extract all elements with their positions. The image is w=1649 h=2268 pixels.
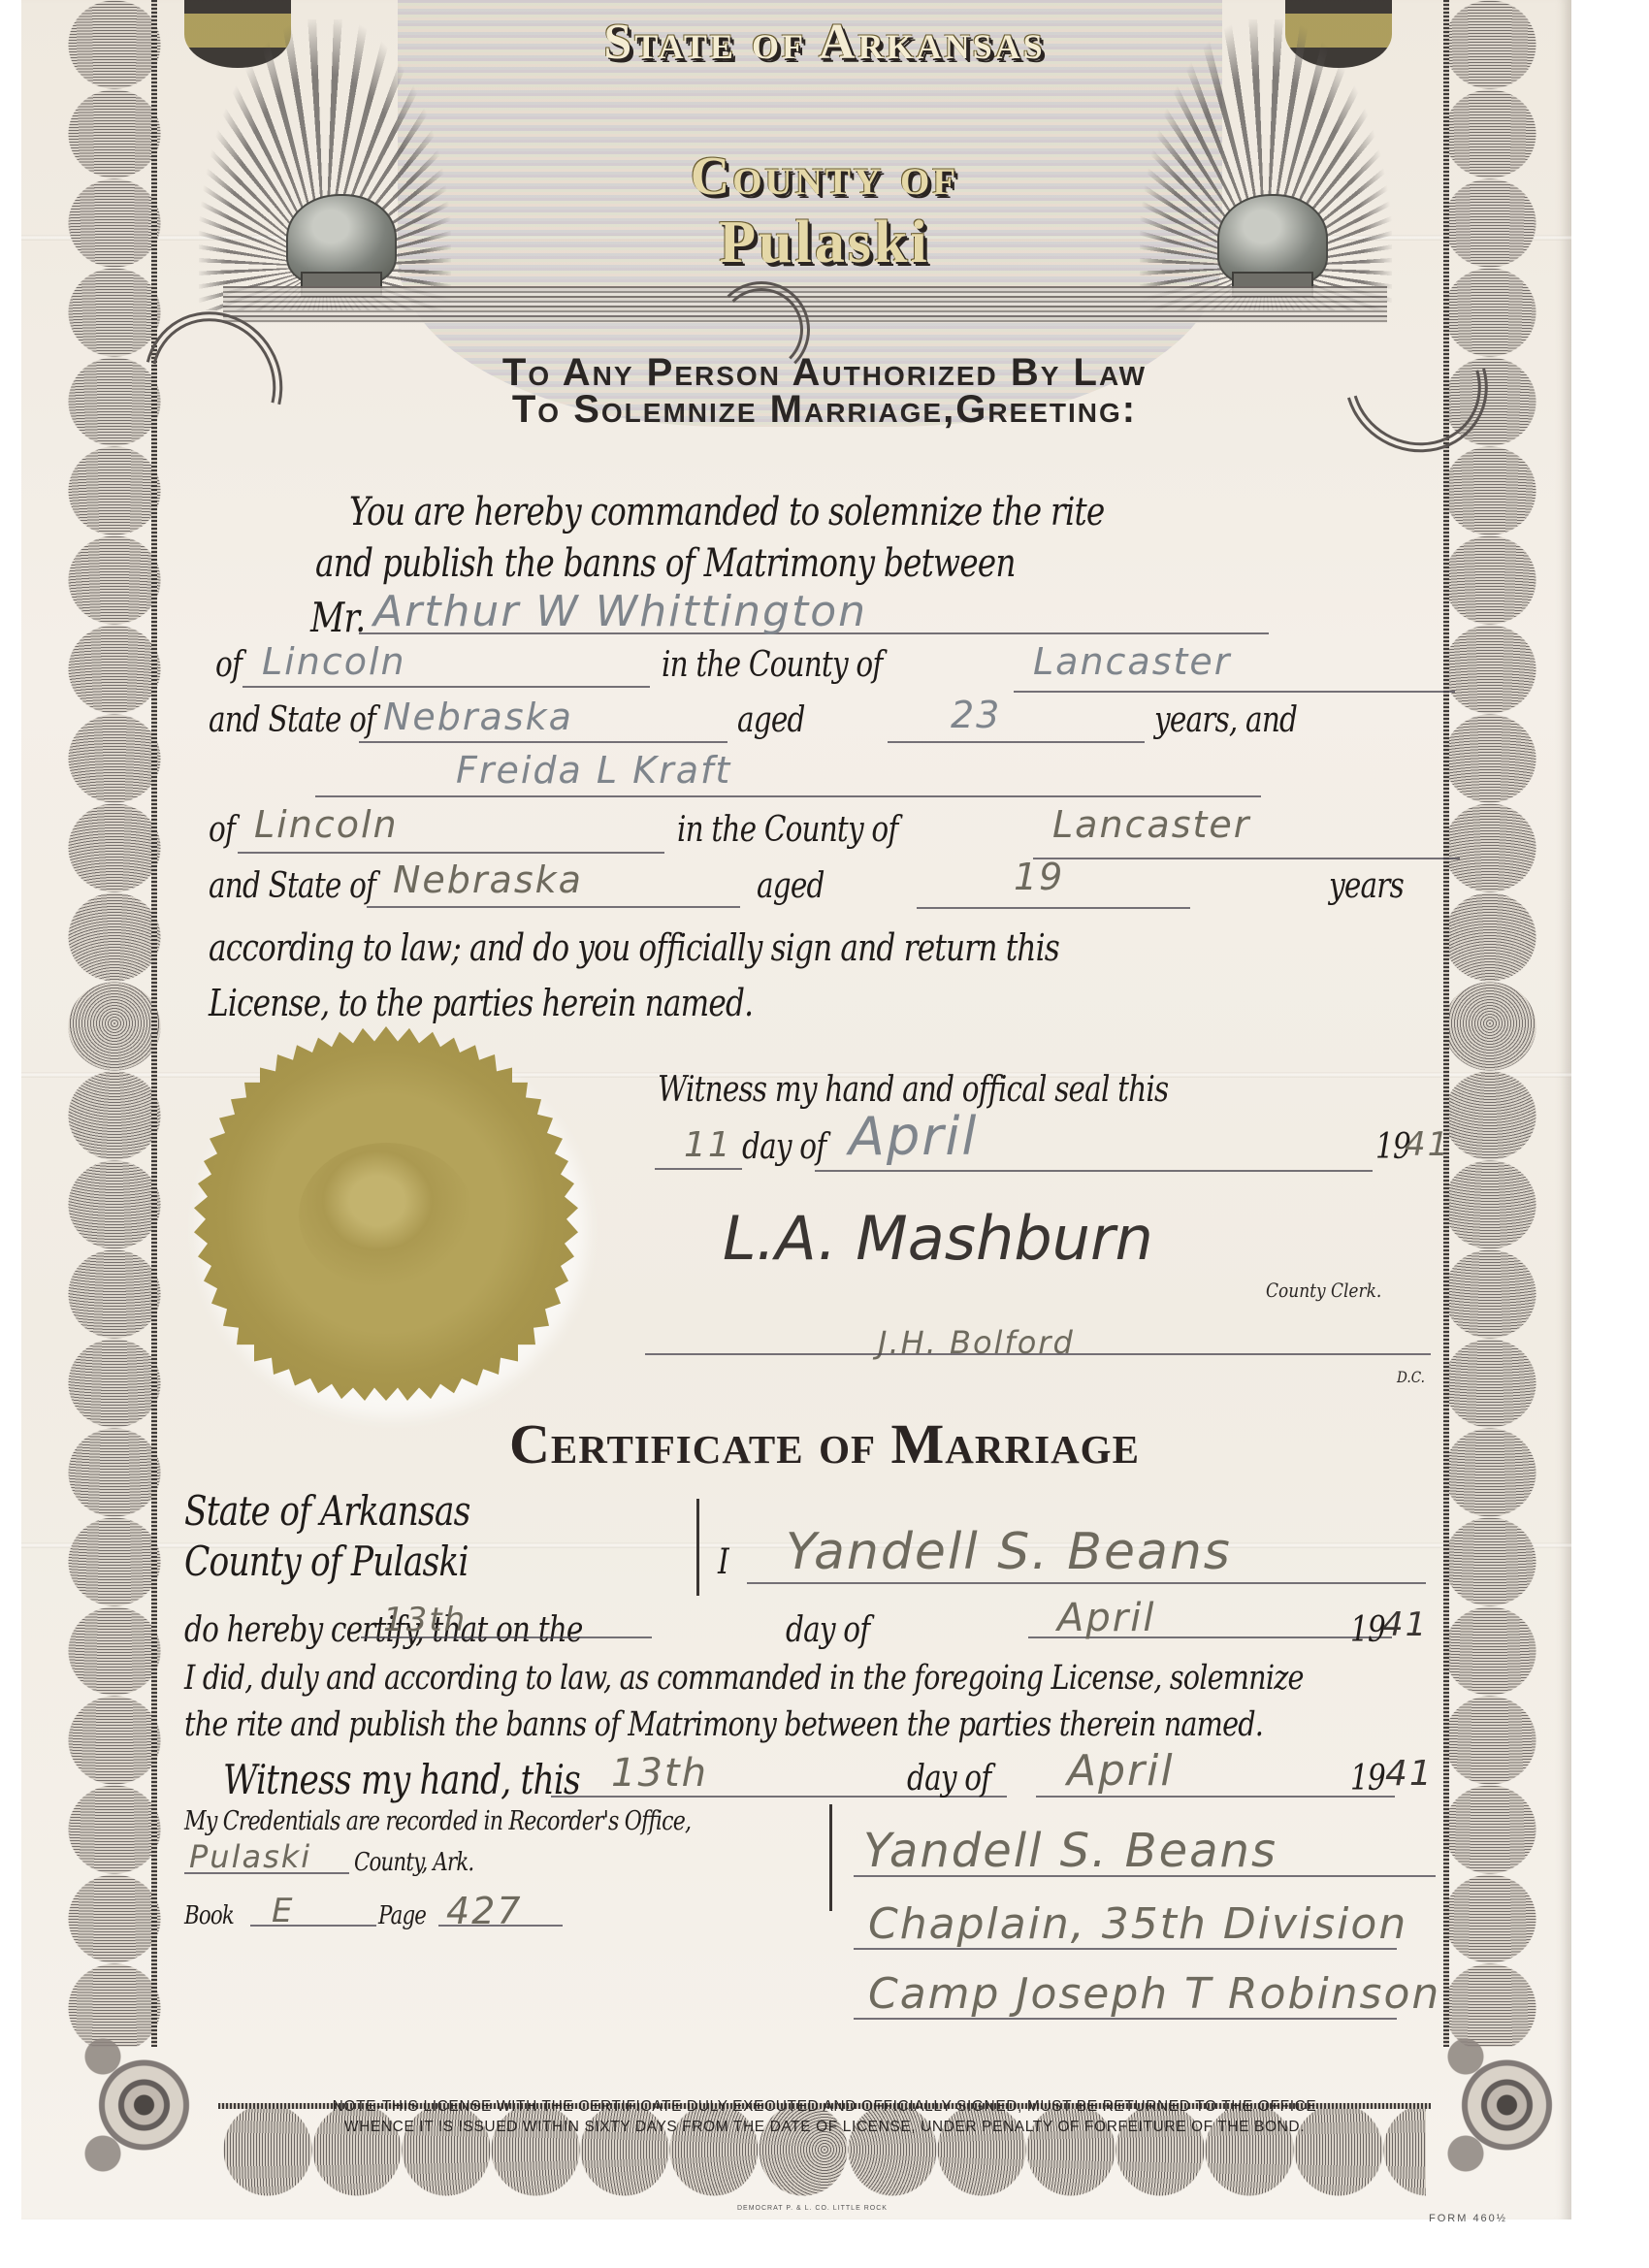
groom-of-label: of xyxy=(215,645,242,685)
bride-county-line xyxy=(1033,858,1460,859)
closing-line-2: License, to the parties herein named. xyxy=(209,982,753,1024)
groom-aged-label: aged xyxy=(737,700,805,740)
printer-imprint: DEMOCRAT P. & L. CO. LITTLE ROCK xyxy=(737,2205,888,2212)
certificate-title: Certificate of Marriage xyxy=(0,1411,1649,1476)
marriage-day-of-label: day of xyxy=(786,1610,869,1650)
bride-age: 19 xyxy=(1014,856,1064,898)
groom-prefix: Mr. xyxy=(310,594,365,641)
left-border-rule xyxy=(151,0,157,2047)
left-guilloche-border xyxy=(68,0,161,2047)
closing-line-1: according to law; and do you officially … xyxy=(209,926,1059,969)
right-border-rule xyxy=(1443,0,1449,2047)
license-year-suffix: 41 xyxy=(1405,1125,1450,1164)
officiant-i-label: I xyxy=(718,1542,728,1582)
officiant-title: Chaplain, 35th Division xyxy=(868,1899,1407,1949)
officiant-signature: Yandell S. Beans xyxy=(863,1824,1277,1878)
form-number: FORM 460½ xyxy=(1429,2213,1507,2224)
book-label: Book xyxy=(184,1901,234,1930)
bride-years-label: years xyxy=(1329,866,1404,906)
groom-name: Arthur W Whittington xyxy=(373,587,867,636)
greeting-line-2: To Solemnize Marriage,Greeting: xyxy=(0,391,1649,428)
greeting-line-1: To Any Person Authorized By Law xyxy=(0,354,1649,391)
bride-county: Lancaster xyxy=(1052,803,1250,846)
gold-county-seal-icon xyxy=(192,1026,580,1401)
credentials-county: Pulaski xyxy=(189,1838,311,1875)
groom-years-label: years, and xyxy=(1154,700,1297,740)
county-name-title: Pulaski xyxy=(0,209,1649,277)
book-value: E xyxy=(272,1892,294,1930)
groom-age: 23 xyxy=(951,694,1001,736)
deputy-clerk-label: D.C. xyxy=(1397,1368,1425,1386)
marriage-day: 13th xyxy=(383,1601,467,1639)
groom-state-label: and State of xyxy=(209,700,375,740)
groom-county-label: in the County of xyxy=(662,645,882,685)
county-clerk-signature: L.A. Mashburn xyxy=(723,1203,1153,1274)
venue-state: State of Arkansas xyxy=(184,1487,469,1535)
bride-state-line xyxy=(367,906,740,908)
marriage-month: April xyxy=(1057,1596,1155,1640)
county-title: County of xyxy=(0,146,1649,208)
venue-brace xyxy=(696,1499,717,1596)
bottom-left-corner-ornament xyxy=(53,1998,218,2192)
officiant-name-line xyxy=(747,1582,1426,1584)
return-notice-line-2: WHENCE IT IS ISSUED WITHIN SIXTY DAYS FR… xyxy=(262,2117,1387,2137)
return-notice-line-1: NOTE-THIS LICENSE WITH THE CERTIFICATE D… xyxy=(262,2096,1387,2117)
certificate-body-line-1: I did, duly and according to law, as com… xyxy=(184,1659,1304,1698)
venue-county: County of Pulaski xyxy=(184,1538,469,1585)
state-title: State of Arkansas xyxy=(0,14,1649,71)
page-value: 427 xyxy=(446,1890,523,1932)
bride-city-line xyxy=(238,852,664,854)
officiant-name: Yandell S. Beans xyxy=(786,1523,1232,1581)
groom-county: Lancaster xyxy=(1033,640,1231,683)
marriage-year-prefix: 19 xyxy=(1350,1610,1385,1650)
certificate-body-line-2: the rite and publish the banns of Matrim… xyxy=(184,1705,1263,1744)
bride-state-label: and State of xyxy=(209,866,375,906)
license-month-line xyxy=(815,1170,1373,1172)
credentials-brace xyxy=(829,1804,850,1911)
groom-age-line xyxy=(888,741,1145,743)
seal-emboss xyxy=(299,1143,473,1288)
groom-county-line xyxy=(1014,691,1455,693)
groom-state-line xyxy=(359,741,727,743)
bride-of-label: of xyxy=(209,810,235,850)
bottom-right-corner-ornament xyxy=(1416,1998,1581,2192)
witness-seal-line: Witness my hand and offical seal this xyxy=(658,1070,1168,1110)
witness-year-suffix: 41 xyxy=(1385,1754,1434,1794)
bride-name-line xyxy=(315,795,1261,797)
groom-city-line xyxy=(242,686,650,688)
witness-year-prefix: 19 xyxy=(1350,1759,1385,1798)
page-label: Page xyxy=(378,1901,426,1930)
bride-age-line xyxy=(917,907,1190,909)
county-clerk-label: County Clerk. xyxy=(1266,1279,1381,1302)
groom-state: Nebraska xyxy=(383,696,573,738)
license-day: 11 xyxy=(684,1125,732,1165)
bride-aged-label: aged xyxy=(757,866,824,906)
preamble-line-1: You are hereby commanded to solemnize th… xyxy=(349,490,1104,535)
license-day-line xyxy=(655,1168,742,1170)
license-day-of-label: day of xyxy=(742,1127,825,1167)
bride-state: Nebraska xyxy=(393,859,583,901)
witness-day-of-label: day of xyxy=(907,1759,990,1798)
witness-day: 13th xyxy=(611,1751,708,1796)
bride-county-label: in the County of xyxy=(677,810,897,850)
bride-name: Freida L Kraft xyxy=(456,749,731,792)
bride-city: Lincoln xyxy=(254,803,399,846)
county-ark-label: County, Ark. xyxy=(354,1848,473,1877)
deputy-clerk-line xyxy=(645,1353,1431,1355)
right-guilloche-border xyxy=(1443,0,1536,2047)
witness-month-line xyxy=(1036,1796,1395,1798)
license-month: April xyxy=(849,1106,978,1167)
groom-city: Lincoln xyxy=(262,640,406,683)
preamble-line-2: and publish the banns of Matrimony betwe… xyxy=(315,541,1016,586)
marriage-year-suffix: 41 xyxy=(1382,1605,1428,1644)
deputy-clerk-signature: J.H. Bolford xyxy=(878,1324,1075,1361)
credentials-label: My Credentials are recorded in Recorder'… xyxy=(184,1806,691,1836)
return-notice: NOTE-THIS LICENSE WITH THE CERTIFICATE D… xyxy=(262,2096,1387,2137)
officiant-location: Camp Joseph T Robinson xyxy=(868,1969,1440,2019)
witness-hand-label: Witness my hand, this xyxy=(223,1756,580,1803)
book-line xyxy=(250,1925,376,1927)
witness-month: April xyxy=(1067,1746,1175,1796)
